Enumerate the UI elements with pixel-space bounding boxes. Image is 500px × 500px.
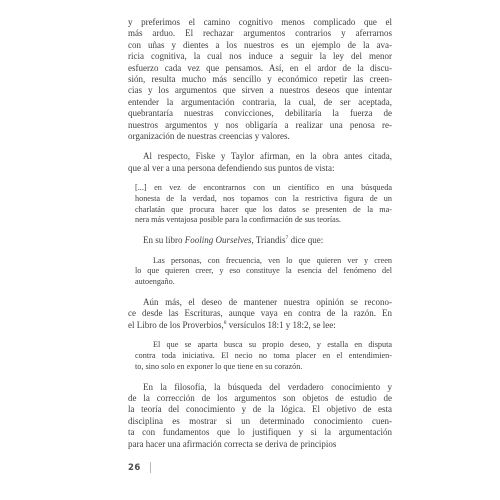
text-line: autoengaño. (135, 277, 392, 288)
text-segment: el Libro de los Proverbios, (128, 320, 224, 330)
text-line: organización de nuestras creencias y val… (128, 131, 392, 142)
text-line: esfuerzo cada vez que pensamos. Así, en … (128, 63, 392, 74)
block-quote: [...] en vez de encontrarnos con un cien… (135, 183, 392, 226)
text-line: de la corrección de los argumentos son o… (128, 393, 392, 404)
book-title-italic: Fooling Ourselves (185, 235, 252, 245)
text-line: nuestros argumentos y nos obligaría a re… (128, 120, 392, 131)
text-line: En su libro Fooling Ourselves, Triandis7… (128, 235, 392, 246)
text-segment: , Triandis (252, 235, 286, 245)
paragraph: En su libro Fooling Ourselves, Triandis7… (128, 235, 392, 246)
text-line: quebrantaría nuestras convicciones, debi… (128, 108, 392, 119)
text-line: Aún más, el deseo de mantener nuestra op… (128, 297, 392, 308)
text-line: En la filosofía, la búsqueda del verdade… (128, 382, 392, 393)
block-quote: El que se aparta busca su propio deseo, … (135, 340, 392, 372)
book-page: y preferimos el camino cognitivo menos c… (0, 0, 500, 500)
text-line: entender la argumentación contraria, la … (128, 97, 392, 108)
text-column: y preferimos el camino cognitivo menos c… (128, 17, 392, 450)
page-number: 26 (128, 463, 141, 473)
text-segment: En su libro (143, 235, 185, 245)
text-line: ricia cognitiva, la cual nos induce a se… (128, 51, 392, 62)
paragraph: En la filosofía, la búsqueda del verdade… (128, 382, 392, 450)
text-line: to, sino solo en exponer lo que tiene en… (135, 362, 392, 373)
text-line: ta con fundamentos que lo justifiquen y … (128, 427, 392, 438)
paragraph: y preferimos el camino cognitivo menos c… (128, 17, 392, 142)
text-line: que al ver a una persona defendiendo sus… (128, 163, 392, 174)
text-line: la teoría del conocimiento y de la lógic… (128, 404, 392, 415)
text-segment: dice que: (288, 235, 323, 245)
footer-divider-rule (150, 462, 151, 473)
text-line: Las personas, con frecuencia, ven lo que… (135, 256, 392, 267)
text-line: nera más ventajosa posible para la confi… (135, 215, 392, 226)
text-line: con uñas y dientes a los nuestros es un … (128, 40, 392, 51)
text-line: ce desde las Escrituras, aunque vaya en … (128, 308, 392, 319)
text-line: el Libro de los Proverbios,8 versículos … (128, 320, 392, 331)
text-line: El que se aparta busca su propio deseo, … (135, 340, 392, 351)
text-line: más arduo. El rechazar argumentos contra… (128, 28, 392, 39)
text-line: disciplina es mostrar si un determinado … (128, 416, 392, 427)
block-quote: Las personas, con frecuencia, ven lo que… (135, 256, 392, 288)
text-line: honesta de la verdad, nos topamos con la… (135, 194, 392, 205)
paragraph: Al respecto, Fiske y Taylor afirman, en … (128, 151, 392, 174)
paragraph: Aún más, el deseo de mantener nuestra op… (128, 297, 392, 331)
text-line: y preferimos el camino cognitivo menos c… (128, 17, 392, 28)
text-line: cias y los argumentos que sirven a nuest… (128, 85, 392, 96)
page-footer: 26 (128, 461, 151, 474)
text-line: charlatán que procura hacer que los dato… (135, 205, 392, 216)
text-line: Al respecto, Fiske y Taylor afirman, en … (128, 151, 392, 162)
text-line: [...] en vez de encontrarnos con un cien… (135, 183, 392, 194)
text-line: para hacer una afirmación correcta se de… (128, 439, 392, 450)
text-line: sión, resulta mucho más sencillo y econó… (128, 74, 392, 85)
text-segment: versículos 18:1 y 18:2, se lee: (227, 320, 336, 330)
text-line: contra toda iniciativa. El necio no toma… (135, 351, 392, 362)
text-line: lo que quieren creer, y eso constituye l… (135, 266, 392, 277)
